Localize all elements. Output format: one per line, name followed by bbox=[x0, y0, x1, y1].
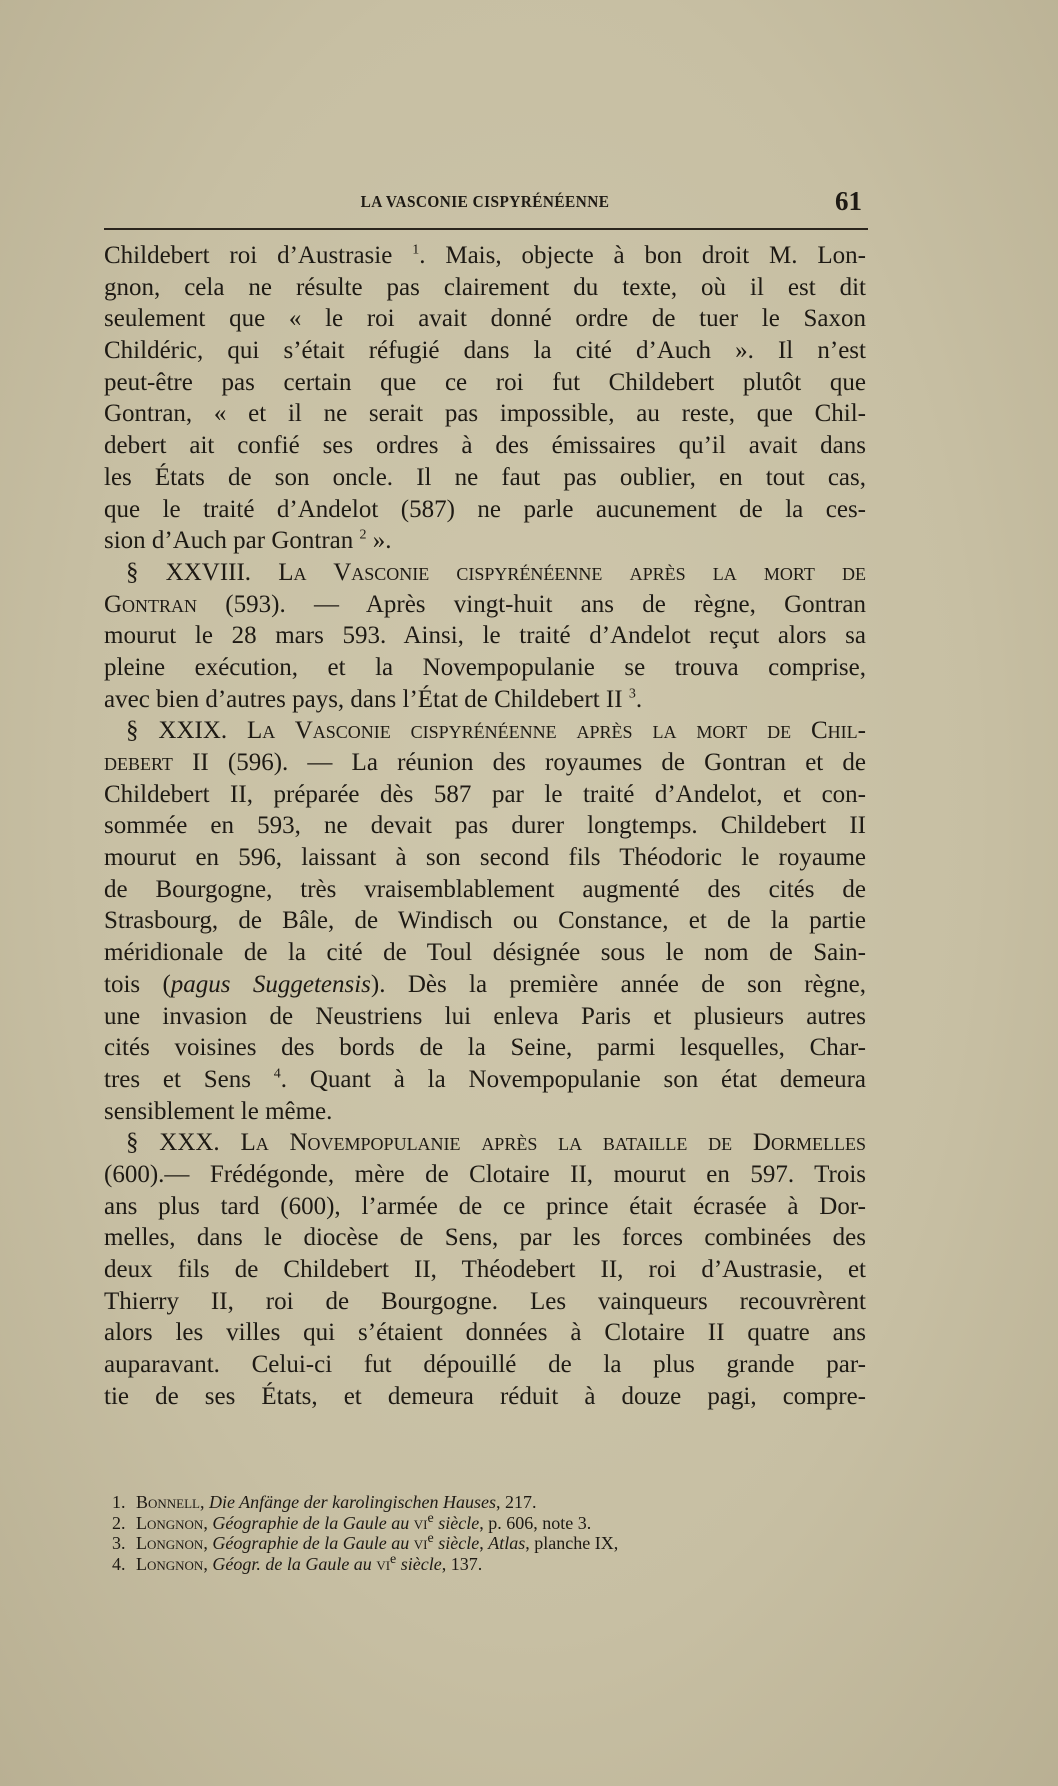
text-run: pleine exécution, et la Novempopulanie s… bbox=[104, 654, 866, 681]
header-rule bbox=[104, 228, 868, 230]
body-line: avec bien d’autres pays, dans l’État de … bbox=[104, 684, 866, 716]
text-run: tois ( bbox=[104, 971, 171, 998]
body-line: (600).— Frédégonde, mère de Clotaire II,… bbox=[104, 1159, 866, 1191]
footnote-ref: 3 bbox=[629, 686, 636, 701]
body-line: méridionale de la cité de Toul désignée … bbox=[104, 937, 866, 969]
body-line: Childéric, qui s’était réfugié dans la c… bbox=[104, 335, 866, 367]
text-run: Gontran, « et il ne serait pas impossibl… bbox=[104, 400, 866, 427]
body-line: Gontran, « et il ne serait pas impossibl… bbox=[104, 398, 866, 430]
text-run: ». bbox=[367, 527, 392, 554]
body-line: mourut en 596, laissant à son second fil… bbox=[104, 842, 866, 874]
footnote-ref: e bbox=[428, 1511, 434, 1526]
small-caps-text: vi bbox=[376, 1554, 390, 1574]
body-line: auparavant. Celui-ci fut dépouillé de la… bbox=[104, 1349, 866, 1381]
section-heading-line: § XXVIII. La Vasconie cispyrénéenne aprè… bbox=[104, 557, 866, 589]
text-run: cités voisines des bords de la Seine, pa… bbox=[104, 1034, 866, 1061]
text-run: , bbox=[200, 1492, 209, 1512]
text-run: une invasion de Neustriens lui enleva Pa… bbox=[104, 1003, 866, 1030]
body-line: melles, dans le diocèse de Sens, par les… bbox=[104, 1222, 866, 1254]
text-run: sommée en 593, ne devait pas durer longt… bbox=[104, 812, 866, 839]
text-run: gnon, cela ne résulte pas clairement du … bbox=[104, 274, 866, 301]
text-run: (600).— Frédégonde, mère de Clotaire II,… bbox=[104, 1161, 866, 1188]
text-run: Childéric, qui s’était réfugié dans la c… bbox=[104, 337, 866, 364]
italic-text: Géogr. de la Gaule au bbox=[212, 1554, 371, 1574]
text-run: . Mais, objecte à bon droit M. Lon- bbox=[419, 242, 866, 269]
small-caps-text: vi bbox=[414, 1533, 428, 1553]
body-line: tie de ses États, et demeura réduit à do… bbox=[104, 1381, 866, 1413]
running-title: LA VASCONIE CISPYRÉNÉENNE bbox=[142, 192, 828, 212]
body-line: seulement que « le roi avait donné ordre… bbox=[104, 303, 866, 335]
small-caps-text: La Vasconie cispyrénéenne après la mort … bbox=[247, 717, 866, 744]
italic-text: siècle bbox=[401, 1554, 442, 1574]
text-run: II (596). — La réunion des royaumes de G… bbox=[173, 749, 866, 776]
body-line: peut-être pas certain que ce roi fut Chi… bbox=[104, 367, 866, 399]
body-line: Gontran (593). — Après vingt-huit ans de… bbox=[104, 589, 866, 621]
body-line: Thierry II, roi de Bourgogne. Les vainqu… bbox=[104, 1286, 866, 1318]
footnote-number: 4. bbox=[112, 1554, 136, 1575]
body-line: une invasion de Neustriens lui enleva Pa… bbox=[104, 1001, 866, 1033]
text-run: (593). — Après vingt-huit ans de règne, … bbox=[197, 591, 866, 618]
body-line: les États de son oncle. Il ne faut pas o… bbox=[104, 462, 866, 494]
text-run: sensiblement le même. bbox=[104, 1098, 332, 1125]
text-run: mourut le 28 mars 593. Ainsi, le traité … bbox=[104, 622, 866, 649]
body-line: Strasbourg, de Bâle, de Windisch ou Cons… bbox=[104, 905, 866, 937]
footnote: 4.Longnon, Géogr. de la Gaule au vie siè… bbox=[112, 1554, 872, 1575]
footnote-ref: 4 bbox=[274, 1067, 281, 1082]
section-heading-line: § XXX. La Novempopulanie après la batail… bbox=[104, 1127, 866, 1159]
body-line: alors les villes qui s’étaient données à… bbox=[104, 1317, 866, 1349]
text-run: , p. 606, note 3. bbox=[479, 1513, 591, 1533]
body-line: que le traité d’Andelot (587) ne parle a… bbox=[104, 494, 866, 526]
body-line: sensiblement le même. bbox=[104, 1096, 866, 1128]
body-line: sommée en 593, ne devait pas durer longt… bbox=[104, 810, 866, 842]
italic-text: Atlas bbox=[488, 1533, 525, 1553]
text-run: , 217. bbox=[496, 1492, 537, 1512]
small-caps-text: Gontran bbox=[104, 591, 197, 618]
text-run: ans plus tard (600), l’armée de ce princ… bbox=[104, 1193, 866, 1220]
text-run: , bbox=[203, 1554, 212, 1574]
footnote-number: 3. bbox=[112, 1533, 136, 1554]
text-run: , bbox=[479, 1533, 488, 1553]
footnote: 2.Longnon, Géographie de la Gaule au vie… bbox=[112, 1513, 872, 1534]
footnote-ref: e bbox=[428, 1531, 434, 1546]
body-line: debert II (596). — La réunion des royaum… bbox=[104, 747, 866, 779]
body-line: ans plus tard (600), l’armée de ce princ… bbox=[104, 1191, 866, 1223]
italic-text: Géographie de la Gaule au bbox=[212, 1513, 409, 1533]
footnote-number: 2. bbox=[112, 1513, 136, 1534]
body-line: Childebert II, préparée dès 587 par le t… bbox=[104, 779, 866, 811]
text-run: Thierry II, roi de Bourgogne. Les vainqu… bbox=[104, 1288, 866, 1315]
text-run: seulement que « le roi avait donné ordre… bbox=[104, 305, 866, 332]
text-run: Childebert roi d’Austrasie bbox=[104, 242, 412, 269]
footnote: 1.Bonnell, Die Anfänge der karolingische… bbox=[112, 1492, 872, 1513]
italic-text: siècle bbox=[438, 1533, 479, 1553]
text-run: peut-être pas certain que ce roi fut Chi… bbox=[104, 369, 866, 396]
text-run: , bbox=[203, 1533, 212, 1553]
body-line: pleine exécution, et la Novempopulanie s… bbox=[104, 652, 866, 684]
text-run: , bbox=[203, 1513, 212, 1533]
text-run: auparavant. Celui-ci fut dépouillé de la… bbox=[104, 1351, 866, 1378]
footnote: 3.Longnon, Géographie de la Gaule au vie… bbox=[112, 1533, 872, 1554]
italic-text: Géographie de la Gaule au bbox=[212, 1533, 409, 1553]
body-line: deux fils de Childebert II, Théodebert I… bbox=[104, 1254, 866, 1286]
footnote-ref: 2 bbox=[360, 528, 367, 543]
italic-text: siècle bbox=[438, 1513, 479, 1533]
text-run: alors les villes qui s’étaient données à… bbox=[104, 1319, 866, 1346]
text-run: , 137. bbox=[442, 1554, 483, 1574]
small-caps-text: La Novempopulanie après la bataille de D… bbox=[240, 1129, 866, 1156]
body-line: tois (pagus Suggetensis). Dès la premièr… bbox=[104, 969, 866, 1001]
text-run: tie de ses États, et demeura réduit à do… bbox=[104, 1383, 866, 1410]
body-line: debert ait confié ses ordres à des émiss… bbox=[104, 430, 866, 462]
footnotes: 1.Bonnell, Die Anfänge der karolingische… bbox=[112, 1492, 872, 1574]
small-caps-text: Bonnell bbox=[136, 1492, 200, 1512]
text-run: § XXIX. bbox=[126, 717, 247, 744]
running-head: LA VASCONIE CISPYRÉNÉENNE 61 bbox=[104, 188, 866, 220]
page-number: 61 bbox=[835, 186, 862, 217]
text-run: § XXVIII. bbox=[126, 559, 278, 586]
body-line: de Bourgogne, très vraisemblablement aug… bbox=[104, 874, 866, 906]
body-line: gnon, cela ne résulte pas clairement du … bbox=[104, 272, 866, 304]
section-heading-line: § XXIX. La Vasconie cispyrénéenne après … bbox=[104, 715, 866, 747]
text-run: de Bourgogne, très vraisemblablement aug… bbox=[104, 876, 866, 903]
body-line: tres et Sens 4. Quant à la Novempopulani… bbox=[104, 1064, 866, 1096]
small-caps-text: Longnon bbox=[136, 1533, 203, 1553]
text-run: ). Dès la première année de son règne, bbox=[371, 971, 866, 998]
italic-text: pagus Suggetensis bbox=[171, 971, 371, 998]
small-caps-text: debert bbox=[104, 749, 173, 776]
text-run: les États de son oncle. Il ne faut pas o… bbox=[104, 464, 866, 491]
small-caps-text: La Vasconie cispyrénéenne après la mort … bbox=[278, 559, 866, 586]
text-run: debert ait confié ses ordres à des émiss… bbox=[104, 432, 866, 459]
body-line: Childebert roi d’Austrasie 1. Mais, obje… bbox=[104, 240, 866, 272]
body-text: Childebert roi d’Austrasie 1. Mais, obje… bbox=[104, 240, 866, 1412]
text-run: méridionale de la cité de Toul désignée … bbox=[104, 939, 866, 966]
text-run: sion d’Auch par Gontran bbox=[104, 527, 360, 554]
small-caps-text: Longnon bbox=[136, 1554, 203, 1574]
footnote-number: 1. bbox=[112, 1492, 136, 1513]
text-run: que le traité d’Andelot (587) ne parle a… bbox=[104, 496, 866, 523]
body-line: sion d’Auch par Gontran 2 ». bbox=[104, 525, 866, 557]
text-run: § XXX. bbox=[126, 1129, 240, 1156]
text-run: Strasbourg, de Bâle, de Windisch ou Cons… bbox=[104, 907, 866, 934]
small-caps-text: vi bbox=[414, 1513, 428, 1533]
body-line: mourut le 28 mars 593. Ainsi, le traité … bbox=[104, 620, 866, 652]
text-run: melles, dans le diocèse de Sens, par les… bbox=[104, 1224, 866, 1251]
text-run: . bbox=[636, 686, 642, 713]
text-run: , planche IX, bbox=[525, 1533, 618, 1553]
text-run: Childebert II, préparée dès 587 par le t… bbox=[104, 781, 866, 808]
text-run: mourut en 596, laissant à son second fil… bbox=[104, 844, 866, 871]
italic-text: Die Anfänge der karolingischen Hauses bbox=[209, 1492, 496, 1512]
text-run: tres et Sens bbox=[104, 1066, 274, 1093]
small-caps-text: Longnon bbox=[136, 1513, 203, 1533]
text-run: . Quant à la Novempopulanie son état dem… bbox=[281, 1066, 866, 1093]
text-run: deux fils de Childebert II, Théodebert I… bbox=[104, 1256, 866, 1283]
body-line: cités voisines des bords de la Seine, pa… bbox=[104, 1032, 866, 1064]
text-run: avec bien d’autres pays, dans l’État de … bbox=[104, 686, 629, 713]
